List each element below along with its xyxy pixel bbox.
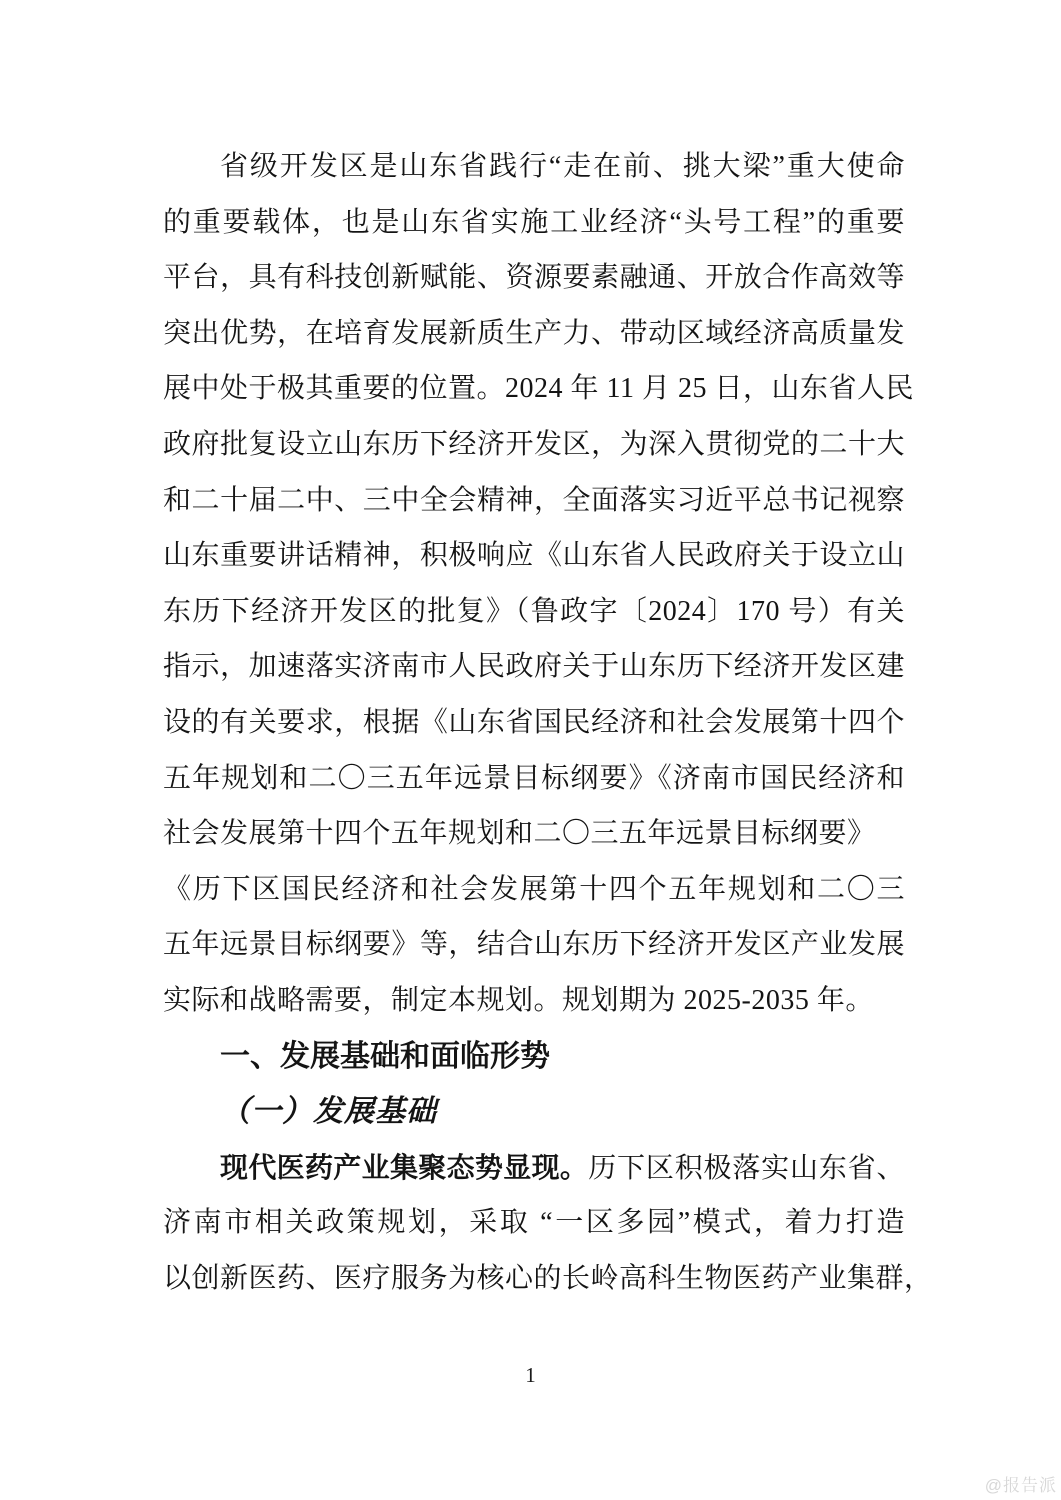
section-heading-1: 一、发展基础和面临形势 xyxy=(163,1029,905,1085)
text-segment: 历下区积极落实山东省、 xyxy=(588,1153,905,1184)
text-segment: 五年远景目标纲要》等，结合山东历下经济开发区产业发展 xyxy=(163,929,905,960)
text-segment: 山东重要讲话精神，积极响应《山东省人民政府关于设立山 xyxy=(163,540,905,571)
subsection-heading-1-1: （一）发展基础 xyxy=(163,1084,905,1140)
text-segment: 突出优势，在培育发展新质生产力、带动区域经济高质量发 xyxy=(163,318,905,349)
intro-paragraph: 省级开发区是山东省践行“走在前、挑大梁”重大使命的重要载体，也是山东省实施工业经… xyxy=(163,139,905,1029)
body-line: 《历下区国民经济和社会发展第十四个五年规划和二〇三 xyxy=(163,862,905,918)
body-line: 展中处于极其重要的位置。2024 年 11 月 25 日，山东省人民 xyxy=(163,361,905,417)
text-segment: 政府批复设立山东历下经济开发区，为深入贯彻党的二十大 xyxy=(163,429,905,460)
page-footer: 1 xyxy=(0,1363,1061,1388)
text-segment: 五年规划和二〇三五年远景目标纲要》《济南市国民经济和 xyxy=(163,763,905,794)
body-line: 五年规划和二〇三五年远景目标纲要》《济南市国民经济和 xyxy=(163,751,905,807)
text-segment: 指示，加速落实济南市人民政府关于山东历下经济开发区建 xyxy=(163,651,905,682)
text-segment: 以创新医药、医疗服务为核心的长岭高科生物医药产业集群， xyxy=(163,1263,933,1294)
body-line: 平台，具有科技创新赋能、资源要素融通、开放合作高效等 xyxy=(163,250,905,306)
text-segment: 实际和战略需要，制定本规划。规划期为 2025-2035 年。 xyxy=(163,985,874,1016)
body-line: 省级开发区是山东省践行“走在前、挑大梁”重大使命 xyxy=(163,139,905,195)
body-line: 指示，加速落实济南市人民政府关于山东历下经济开发区建 xyxy=(163,639,905,695)
text-segment: 济南市相关政策规划，采取 “一区多园”模式，着力打造 xyxy=(163,1207,905,1238)
development-basis-paragraph: 现代医药产业集聚态势显现。历下区积极落实山东省、济南市相关政策规划，采取 “一区… xyxy=(163,1140,905,1307)
watermark: @报告派 xyxy=(985,1471,1057,1496)
text-segment: 《历下区国民经济和社会发展第十四个五年规划和二〇三 xyxy=(163,874,905,905)
body-line: 社会发展第十四个五年规划和二〇三五年远景目标纲要》 xyxy=(163,806,905,862)
body-line: 政府批复设立山东历下经济开发区，为深入贯彻党的二十大 xyxy=(163,417,905,473)
page-number: 1 xyxy=(525,1363,536,1387)
body-line: 济南市相关政策规划，采取 “一区多园”模式，着力打造 xyxy=(163,1195,905,1251)
body-line: 五年远景目标纲要》等，结合山东历下经济开发区产业发展 xyxy=(163,917,905,973)
body-line: 山东重要讲话精神，积极响应《山东省人民政府关于设立山 xyxy=(163,528,905,584)
body-line: 的重要载体，也是山东省实施工业经济“头号工程”的重要 xyxy=(163,195,905,251)
text-segment: 设的有关要求，根据《山东省国民经济和社会发展第十四个 xyxy=(163,707,905,738)
body-line: 和二十届二中、三中全会精神，全面落实习近平总书记视察 xyxy=(163,473,905,529)
document-body: 省级开发区是山东省践行“走在前、挑大梁”重大使命的重要载体，也是山东省实施工业经… xyxy=(163,139,905,1306)
text-segment: 和二十届二中、三中全会精神，全面落实习近平总书记视察 xyxy=(163,485,905,516)
text-segment: 东历下经济开发区的批复》（鲁政字〔2024〕170 号）有关 xyxy=(163,596,905,627)
text-segment: 的重要载体，也是山东省实施工业经济“头号工程”的重要 xyxy=(163,207,905,238)
body-line: 突出优势，在培育发展新质生产力、带动区域经济高质量发 xyxy=(163,306,905,362)
bold-lead-text: 现代医药产业集聚态势显现。 xyxy=(220,1152,588,1183)
text-segment: 展中处于极其重要的位置。2024 年 11 月 25 日，山东省人民 xyxy=(163,373,914,404)
text-segment: 社会发展第十四个五年规划和二〇三五年远景目标纲要》 xyxy=(163,818,876,849)
body-line: 以创新医药、医疗服务为核心的长岭高科生物医药产业集群， xyxy=(163,1251,905,1307)
text-segment: 平台，具有科技创新赋能、资源要素融通、开放合作高效等 xyxy=(163,262,905,293)
body-line: 实际和战略需要，制定本规划。规划期为 2025-2035 年。 xyxy=(163,973,905,1029)
body-line: 设的有关要求，根据《山东省国民经济和社会发展第十四个 xyxy=(163,695,905,751)
document-page: 省级开发区是山东省践行“走在前、挑大梁”重大使命的重要载体，也是山东省实施工业经… xyxy=(0,0,1061,1500)
text-segment: 省级开发区是山东省践行“走在前、挑大梁”重大使命 xyxy=(220,151,905,182)
body-line: 现代医药产业集聚态势显现。历下区积极落实山东省、 xyxy=(163,1140,905,1196)
body-line: 东历下经济开发区的批复》（鲁政字〔2024〕170 号）有关 xyxy=(163,584,905,640)
